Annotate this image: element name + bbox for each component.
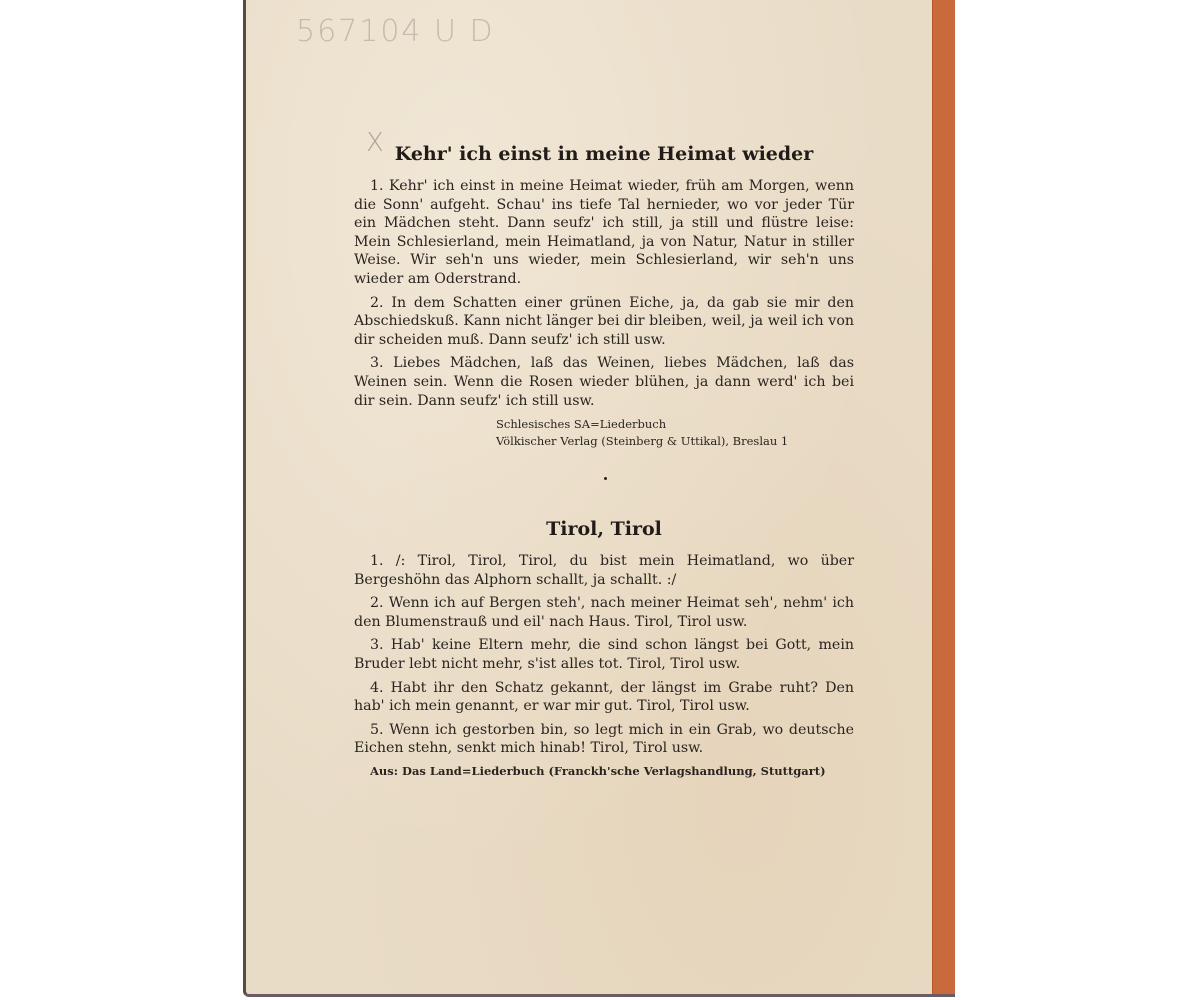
source-line: Völkischer Verlag (Steinberg & Uttikal),… <box>496 433 854 450</box>
song-source: Schlesisches SA=Liederbuch Völkischer Ve… <box>496 416 854 450</box>
verse-1: 1. /: Tirol, Tirol, Tirol, du bist mein … <box>354 552 854 589</box>
book-page: 567104 U D X Kehr' ich einst in meine He… <box>243 0 955 997</box>
song-source: Aus: Das Land=Liederbuch (Franckh'sche V… <box>370 763 854 780</box>
source-line: Schlesisches SA=Liederbuch <box>496 416 854 433</box>
verse-1: 1. Kehr' ich einst in meine Heimat wiede… <box>354 177 854 289</box>
verse-2: 2. In dem Schatten einer grünen Eiche, j… <box>354 294 854 350</box>
pencil-annotation: 567104 U D <box>296 14 495 49</box>
verse-2: 2. Wenn ich auf Bergen steh', nach meine… <box>354 594 854 631</box>
song-title: Tirol, Tirol <box>354 518 854 540</box>
verse-5: 5. Wenn ich gestorben bin, so legt mich … <box>354 721 854 758</box>
verse-3: 3. Hab' keine Eltern mehr, die sind scho… <box>354 636 854 673</box>
song-title: Kehr' ich einst in meine Heimat wieder <box>354 143 854 165</box>
song-tirol-tirol: Tirol, Tirol 1. /: Tirol, Tirol, Tirol, … <box>354 518 854 780</box>
song-kehr-ich-einst: Kehr' ich einst in meine Heimat wieder 1… <box>354 143 854 450</box>
verse-3: 3. Liebes Mädchen, laß das Weinen, liebe… <box>354 354 854 410</box>
book-spine-edge <box>932 0 955 994</box>
ink-dot <box>604 477 607 480</box>
verse-4: 4. Habt ihr den Schatz gekannt, der läng… <box>354 679 854 716</box>
